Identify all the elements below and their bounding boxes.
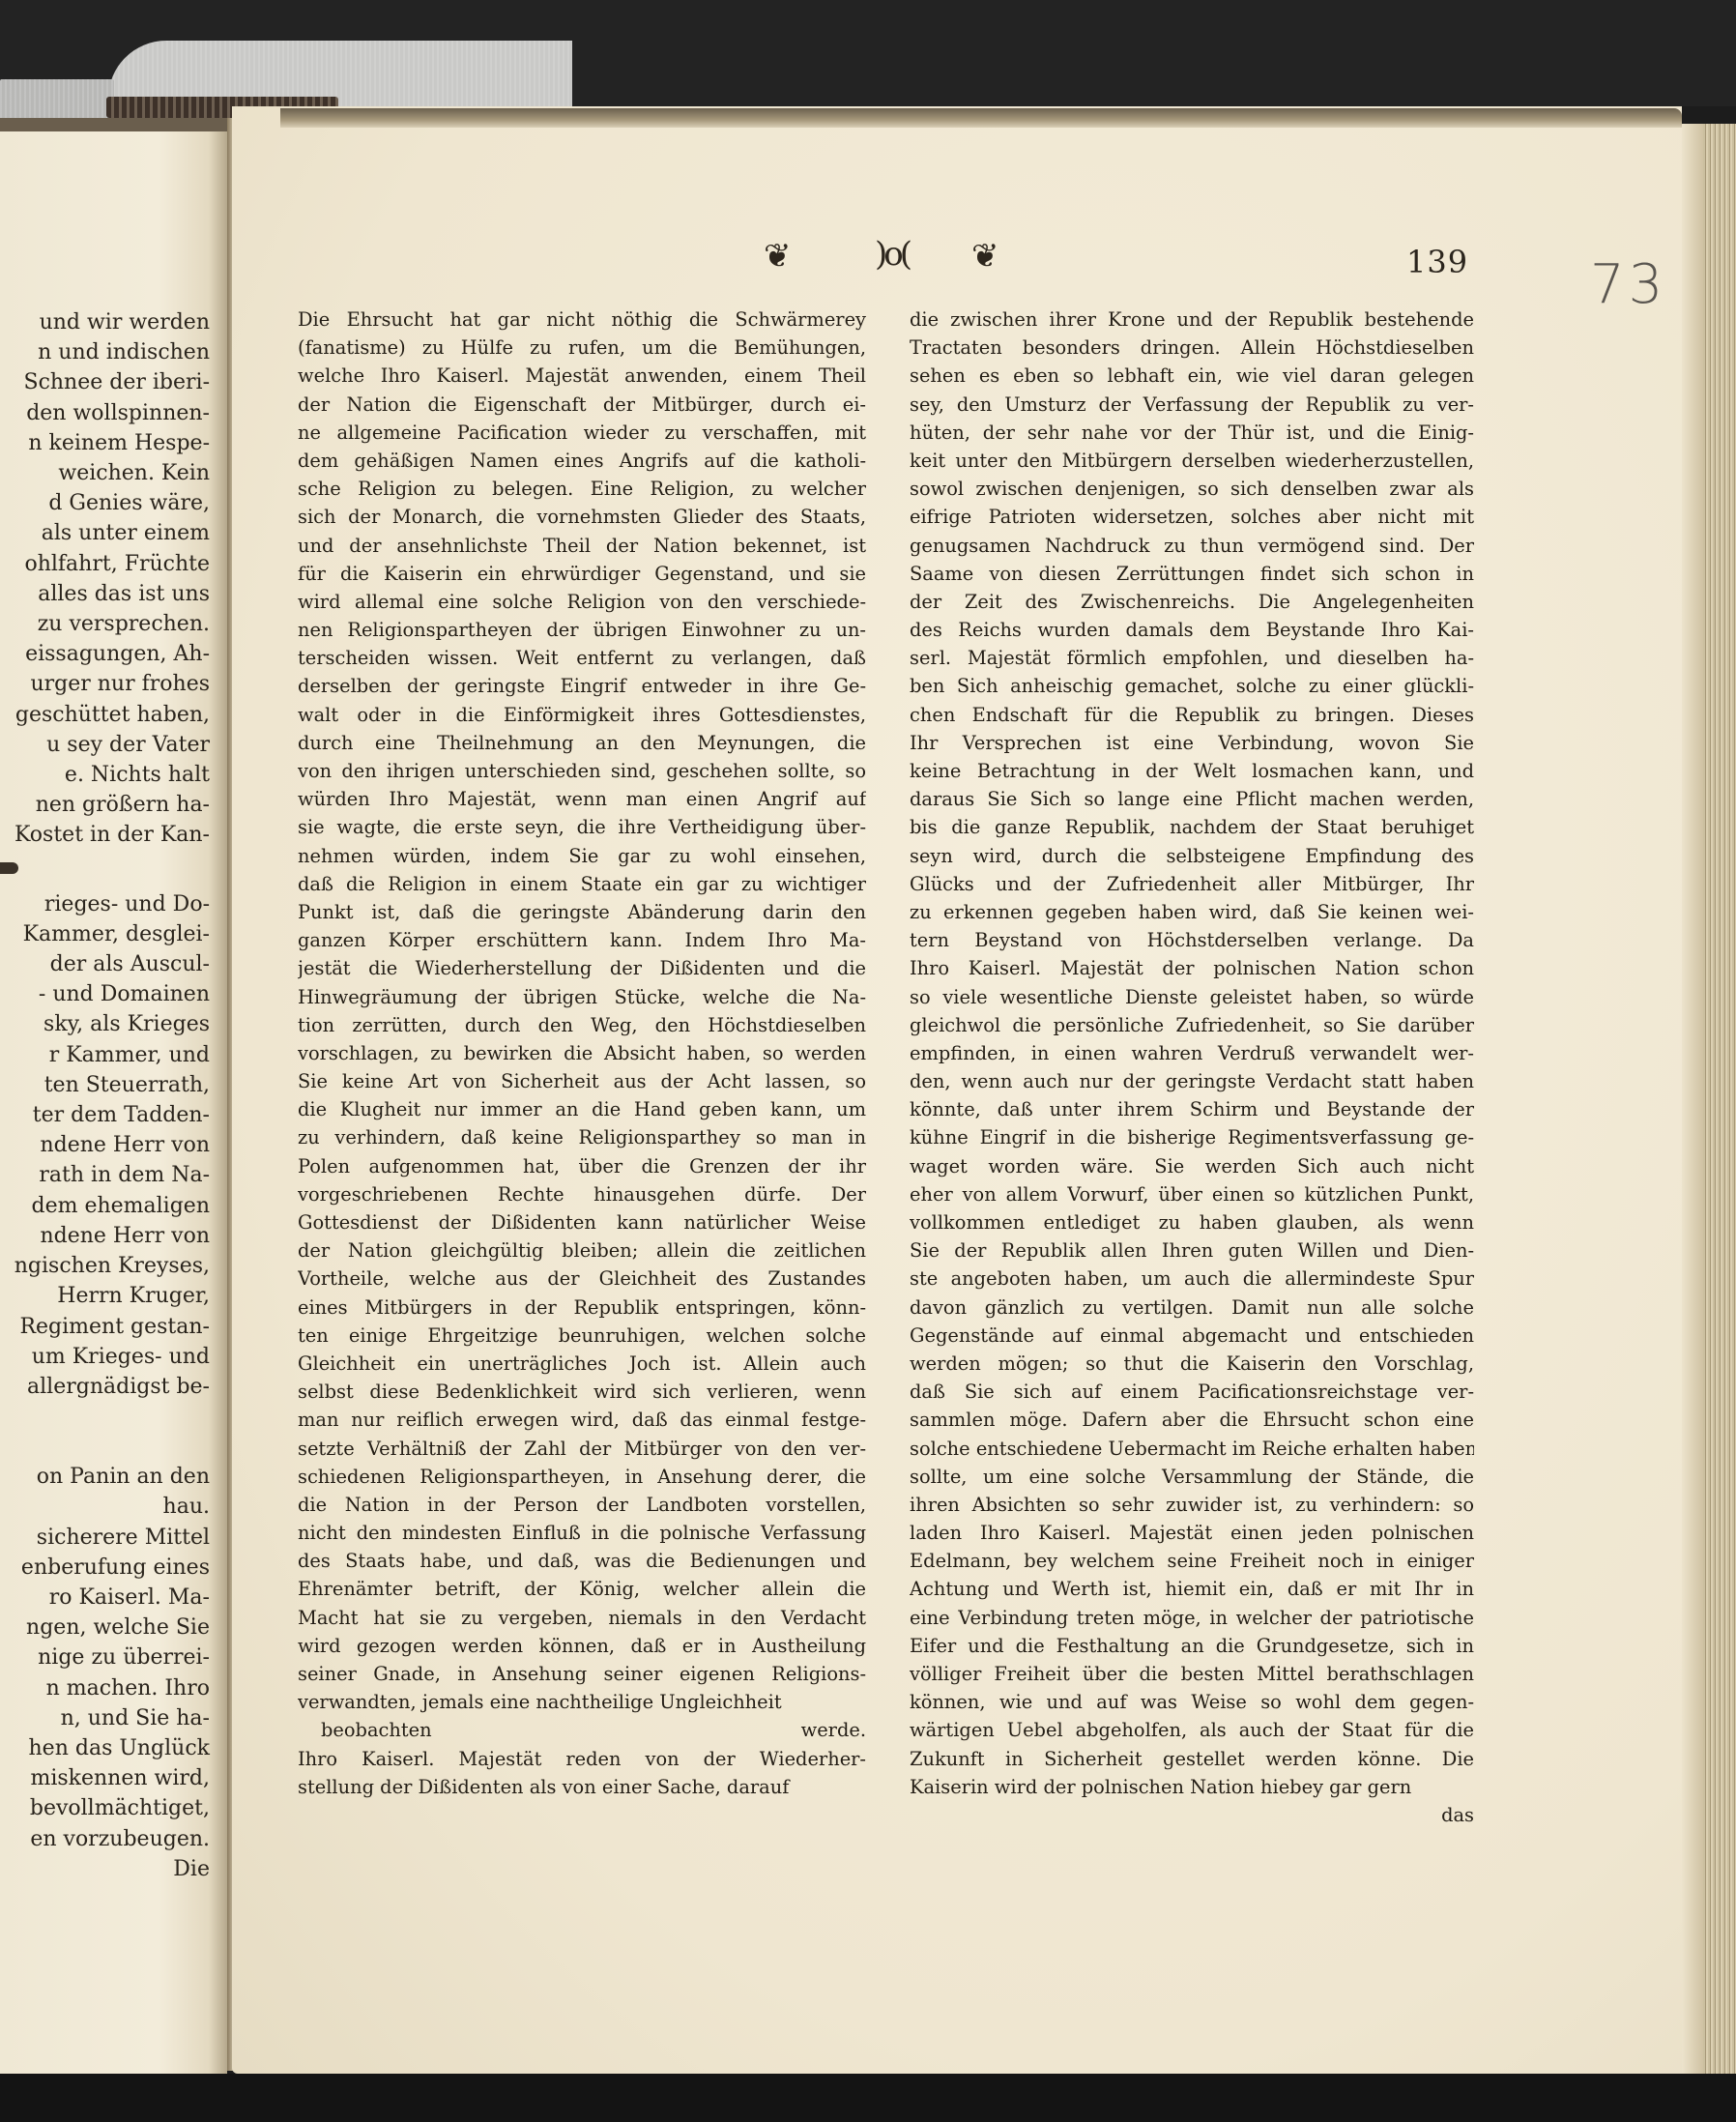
text-line: walt oder in die Einförmigkeit ihres Got… bbox=[298, 701, 866, 729]
previous-page-line: rieges- und Do- bbox=[0, 889, 210, 919]
text-line: des Reichs wurden damals dem Beystande I… bbox=[910, 616, 1474, 644]
previous-page-line: ngischen Kreyses, bbox=[0, 1251, 210, 1281]
previous-page-line: ndene Herr von bbox=[0, 1221, 210, 1251]
text-line: Ihr Versprechen ist eine Verbindung, wov… bbox=[910, 729, 1474, 757]
text-line: so viele wesentliche Dienste geleistet h… bbox=[910, 983, 1474, 1011]
left-text-column: Die Ehrsucht hat gar nicht nöthig die Sc… bbox=[298, 305, 866, 1801]
text-line: sey, den Umsturz der Verfassung der Repu… bbox=[910, 391, 1474, 419]
previous-page-catchword: Die bbox=[0, 1854, 210, 1884]
text-line: solche entschiedene Uebermacht im Reiche… bbox=[910, 1435, 1474, 1463]
previous-page-line: hau. bbox=[0, 1492, 210, 1522]
text-line: eines Mitbürgers in der Republik entspri… bbox=[298, 1294, 866, 1322]
text-line: die Nation in der Person der Landboten v… bbox=[298, 1491, 866, 1519]
previous-page-line: Herrn Kruger, bbox=[0, 1281, 210, 1311]
right-text-column: die zwischen ihrer Krone und der Republi… bbox=[910, 305, 1474, 1829]
previous-page-line: ndene Herr von bbox=[0, 1130, 210, 1160]
previous-page-line: der als Auscul- bbox=[0, 949, 210, 979]
text-line: ihren Absichten so sehr zuwider ist, zu … bbox=[910, 1491, 1474, 1519]
previous-page-line: eissagungen, Ah- bbox=[0, 639, 210, 669]
text-line: könnte, daß unter ihrem Schirm und Beyst… bbox=[910, 1095, 1474, 1123]
text-line: Ehrenämter betrift, der König, welcher a… bbox=[298, 1575, 866, 1603]
previous-page-line: rath in dem Na- bbox=[0, 1160, 210, 1190]
text-line: stellung der Dißidenten als von einer Sa… bbox=[298, 1773, 866, 1801]
text-line: Gegenstände auf einmal abgemacht und ent… bbox=[910, 1322, 1474, 1350]
text-line: dem gehäßigen Namen eines Angrifs auf di… bbox=[298, 447, 866, 475]
text-line: Saame von diesen Zerrüttungen findet sic… bbox=[910, 560, 1474, 588]
previous-page-line: ten Steuerrath, bbox=[0, 1070, 210, 1100]
page-fore-edge-shadow bbox=[1682, 124, 1705, 2077]
previous-page: und wir werdenn und indischenSchnee der … bbox=[0, 118, 227, 2084]
catchword: das bbox=[910, 1801, 1474, 1829]
text-line: nen Religionspartheyen der übrigen Einwo… bbox=[298, 616, 866, 644]
text-line: ste angeboten haben, um auch die allermi… bbox=[910, 1264, 1474, 1293]
previous-page-text: und wir werdenn und indischenSchnee der … bbox=[0, 307, 210, 1884]
previous-page-line: e. Nichts halt bbox=[0, 760, 210, 790]
text-line: tern Beystand von Höchstderselben verlan… bbox=[910, 926, 1474, 954]
text-line: laden Ihro Kaiserl. Majestät einen jeden… bbox=[910, 1519, 1474, 1547]
previous-page-line: ter dem Tadden- bbox=[0, 1100, 210, 1130]
text-line: vorschlagen, zu bewirken die Absicht hab… bbox=[298, 1039, 866, 1067]
text-line: vorgeschriebenen Rechte hinausgehen dürf… bbox=[298, 1180, 866, 1208]
text-line: (fanatisme) zu Hülfe zu rufen, um die Be… bbox=[298, 334, 866, 362]
text-line: Tractaten besonders dringen. Allein Höch… bbox=[910, 334, 1474, 362]
text-line: empfinden, in einen wahren Verdruß verwa… bbox=[910, 1039, 1474, 1067]
text-line: Sie der Republik allen Ihren guten Wille… bbox=[910, 1236, 1474, 1264]
text-line: sowol zwischen denjenigen, so sich dense… bbox=[910, 475, 1474, 503]
text-line: Macht hat sie zu vergeben, niemals in de… bbox=[298, 1604, 866, 1632]
text-line: daraus Sie Sich so lange eine Pflicht ma… bbox=[910, 785, 1474, 813]
previous-page-line: alles das ist uns bbox=[0, 579, 210, 609]
text-line: durch eine Theilnehmung an den Meynungen… bbox=[298, 729, 866, 757]
bracket-ornament-icon: )o( bbox=[875, 235, 909, 274]
text-line: ten einige Ehrgeitzige beunruhigen, welc… bbox=[298, 1322, 866, 1350]
text-line: ben Sich anheischig gemachet, solche zu … bbox=[910, 672, 1474, 700]
previous-page-line: - und Domainen bbox=[0, 979, 210, 1009]
text-line: derselben der geringste Eingrif entweder… bbox=[298, 672, 866, 700]
page-fore-edge bbox=[1703, 124, 1736, 2077]
text-line: der Nation die Eigenschaft der Mitbürger… bbox=[298, 391, 866, 419]
previous-page-line: nen größern ha- bbox=[0, 790, 210, 820]
previous-page-line: u sey der Vater bbox=[0, 730, 210, 760]
text-line: sammlen möge. Dafern aber die Ehrsucht s… bbox=[910, 1406, 1474, 1434]
previous-page-line: und wir werden bbox=[0, 307, 210, 337]
binding-tape-left bbox=[0, 79, 114, 120]
text-line: sie wagte, die erste seyn, die ihre Vert… bbox=[298, 813, 866, 841]
text-line: sehen es eben so lebhaft ein, wie viel d… bbox=[910, 362, 1474, 390]
text-line: Sie keine Art von Sicherheit aus der Ach… bbox=[298, 1067, 866, 1095]
previous-page-line: enberufung eines bbox=[0, 1553, 210, 1583]
text-line: Gottesdienst der Dißidenten kann natürli… bbox=[298, 1208, 866, 1236]
text-line: terscheiden wissen. Weit entfernt zu ver… bbox=[298, 644, 866, 672]
previous-page-line: Kostet in der Kan- bbox=[0, 820, 210, 850]
text-line: die Klugheit nur immer an die Hand geben… bbox=[298, 1095, 866, 1123]
decorative-rule-icon bbox=[0, 851, 210, 889]
previous-page-line: n machen. Ihro bbox=[0, 1673, 210, 1703]
text-line: zu erkennen gegeben haben wird, daß Sie … bbox=[910, 898, 1474, 926]
text-line: welche Ihro Kaiserl. Majestät anwenden, … bbox=[298, 362, 866, 390]
previous-page-line: zu versprechen. bbox=[0, 609, 210, 639]
text-line: eifrige Patrioten widersetzen, solches a… bbox=[910, 503, 1474, 531]
text-line: Hinwegräumung der übrigen Stücke, welche… bbox=[298, 983, 866, 1011]
text-line: setzte Verhältniß der Zahl der Mitbürger… bbox=[298, 1435, 866, 1463]
previous-page-line: nige zu überrei- bbox=[0, 1642, 210, 1672]
text-line: nicht den mindesten Einfluß in die polni… bbox=[298, 1519, 866, 1547]
text-line: der Nation gleichgültig bleiben; allein … bbox=[298, 1236, 866, 1264]
text-line: wird gezogen werden können, daß er in Au… bbox=[298, 1632, 866, 1660]
text-line: seyn wird, durch die selbsteigene Empfin… bbox=[910, 842, 1474, 870]
text-line: Die Ehrsucht hat gar nicht nöthig die Sc… bbox=[298, 305, 866, 334]
text-line: waget worden wäre. Sie werden Sich auch … bbox=[910, 1152, 1474, 1180]
dark-background-bottom bbox=[0, 2074, 1736, 2122]
previous-page-line: Regiment gestan- bbox=[0, 1312, 210, 1342]
text-line: sollte, um eine solche Versammlung der S… bbox=[910, 1463, 1474, 1491]
text-line: keine Betrachtung in der Welt losmachen … bbox=[910, 757, 1474, 785]
text-line: davon gänzlich zu vertilgen. Damit nun a… bbox=[910, 1294, 1474, 1322]
previous-page-line: allergnädigst be- bbox=[0, 1372, 210, 1402]
text-line: eine Verbindung treten möge, in welcher … bbox=[910, 1604, 1474, 1632]
page-number: 139 bbox=[1406, 244, 1468, 280]
text-line: sche Religion zu belegen. Eine Religion,… bbox=[298, 475, 866, 503]
text-line: Polen aufgenommen hat, über die Grenzen … bbox=[298, 1152, 866, 1180]
previous-page-line: ohlfahrt, Früchte bbox=[0, 549, 210, 579]
previous-page-line: n keinem Hespe- bbox=[0, 428, 210, 458]
previous-page-line: ngen, welche Sie bbox=[0, 1613, 210, 1642]
pencil-folio-number: 73 bbox=[1590, 253, 1666, 316]
text-line: Glücks und der Zufriedenheit aller Mitbü… bbox=[910, 870, 1474, 898]
text-line: und der ansehnlichste Theil der Nation b… bbox=[298, 532, 866, 560]
previous-page-line: hen das Unglück bbox=[0, 1733, 210, 1763]
text-line: gleichwol die persönliche Zufriedenheit,… bbox=[910, 1011, 1474, 1039]
text-line: Vortheile, welche aus der Gleichheit des… bbox=[298, 1264, 866, 1293]
text-line: können, wie und auf was Weise so wohl de… bbox=[910, 1688, 1474, 1716]
text-line: beobachten werde. bbox=[298, 1716, 866, 1744]
text-line: seiner Gnade, in Ansehung seiner eigenen… bbox=[298, 1660, 866, 1688]
text-line: bis die ganze Republik, nachdem der Staa… bbox=[910, 813, 1474, 841]
text-line: Edelmann, bey welchem seine Freiheit noc… bbox=[910, 1547, 1474, 1575]
text-line: ganzen Körper erschüttern kann. Indem Ih… bbox=[298, 926, 866, 954]
text-line: eher von allem Vorwurf, über einen so kü… bbox=[910, 1180, 1474, 1208]
text-line: nehmen würden, indem Sie gar zu wohl ein… bbox=[298, 842, 866, 870]
page-top-edge bbox=[280, 108, 1682, 128]
page-header-ornaments: ❦ )o( ❦ bbox=[754, 237, 1295, 285]
previous-page-line: n und indischen bbox=[0, 337, 210, 367]
previous-page-line: d Genies wäre, bbox=[0, 488, 210, 518]
text-line: ne allgemeine Pacification wieder zu ver… bbox=[298, 419, 866, 447]
text-line: verwandten, jemals eine nachtheilige Ung… bbox=[298, 1688, 866, 1716]
text-line: den, wenn auch nur der geringste Verdach… bbox=[910, 1067, 1474, 1095]
previous-page-line: Schnee der iberi- bbox=[0, 367, 210, 397]
text-line: von den ihrigen unterschieden sind, gesc… bbox=[298, 757, 866, 785]
shell-ornament-icon: ❦ bbox=[764, 237, 792, 276]
text-line: der Zeit des Zwischenreichs. Die Angeleg… bbox=[910, 588, 1474, 616]
text-line: werden mögen; so thut die Kaiserin den V… bbox=[910, 1350, 1474, 1378]
previous-page-line: bevollmächtiget, bbox=[0, 1793, 210, 1823]
text-line: Ihro Kaiserl. Majestät der polnischen Na… bbox=[910, 954, 1474, 982]
text-line: vollkommen entlediget zu haben glauben, … bbox=[910, 1208, 1474, 1236]
previous-page-line: den wollspinnen- bbox=[0, 398, 210, 428]
text-line: man nur reiflich erwegen wird, daß das e… bbox=[298, 1406, 866, 1434]
text-line: Zukunft in Sicherheit gestellet werden k… bbox=[910, 1745, 1474, 1773]
text-line: keit unter den Mitbürgern derselben wied… bbox=[910, 447, 1474, 475]
previous-page-line: r Kammer, und bbox=[0, 1040, 210, 1070]
previous-page-line: ro Kaiserl. Ma- bbox=[0, 1583, 210, 1613]
text-line: Achtung und Werth ist, hiemit ein, daß e… bbox=[910, 1575, 1474, 1603]
text-line: daß die Religion in einem Staate ein gar… bbox=[298, 870, 866, 898]
shell-ornament-icon: ❦ bbox=[971, 237, 999, 276]
text-line: würden Ihro Majestät, wenn man einen Ang… bbox=[298, 785, 866, 813]
text-line: wird allemal eine solche Religion von de… bbox=[298, 588, 866, 616]
previous-page-line: Kammer, desglei- bbox=[0, 919, 210, 949]
previous-page-line: on Panin an den bbox=[0, 1462, 210, 1492]
previous-page-line: miskennen wird, bbox=[0, 1763, 210, 1793]
previous-page-line: sicherere Mittel bbox=[0, 1523, 210, 1553]
previous-page-line: dem ehemaligen bbox=[0, 1191, 210, 1221]
previous-page-line: en vorzubeugen. bbox=[0, 1824, 210, 1854]
text-line: hüten, der sehr nahe vor der Thür ist, u… bbox=[910, 419, 1474, 447]
text-line: für die Kaiserin ein ehrwürdiger Gegenst… bbox=[298, 560, 866, 588]
previous-page-line: als unter einem bbox=[0, 518, 210, 548]
text-line: zu verhindern, daß keine Religionsparthe… bbox=[298, 1123, 866, 1151]
previous-page-line: sky, als Krieges bbox=[0, 1009, 210, 1039]
text-line: Punkt ist, daß die geringste Abänderung … bbox=[298, 898, 866, 926]
previous-page-line: n, und Sie ha- bbox=[0, 1703, 210, 1733]
text-line: chen Endschaft für die Republik zu bring… bbox=[910, 701, 1474, 729]
text-line: sich der Monarch, die vornehmsten Gliede… bbox=[298, 503, 866, 531]
text-line: serl. Majestät förmlich empfohlen, und d… bbox=[910, 644, 1474, 672]
text-line: genugsamen Nachdruck zu thun vermögend s… bbox=[910, 532, 1474, 560]
previous-page-line: um Krieges- und bbox=[0, 1342, 210, 1372]
text-line: Gleichheit ein unerträgliches Joch ist. … bbox=[298, 1350, 866, 1378]
previous-page-line: weichen. Kein bbox=[0, 458, 210, 488]
text-line: Ihro Kaiserl. Majestät reden von der Wie… bbox=[298, 1745, 866, 1773]
section-gap bbox=[0, 1402, 210, 1462]
text-line: Eifer und die Festhaltung an die Grundge… bbox=[910, 1632, 1474, 1660]
text-line: kühne Eingrif in die bisherige Regiments… bbox=[910, 1123, 1474, 1151]
text-line: die zwischen ihrer Krone und der Republi… bbox=[910, 305, 1474, 334]
text-line: wärtigen Uebel abgeholfen, als auch der … bbox=[910, 1716, 1474, 1744]
text-line: des Staats habe, und daß, was die Bedien… bbox=[298, 1547, 866, 1575]
text-line: jestät die Wiederherstellung der Dißiden… bbox=[298, 954, 866, 982]
text-line: daß Sie sich auf einem Pacificationsreic… bbox=[910, 1378, 1474, 1406]
text-line: völliger Freiheit über die besten Mittel… bbox=[910, 1660, 1474, 1688]
text-line: selbst diese Bedenklichkeit wird sich ve… bbox=[298, 1378, 866, 1406]
text-line: schiedenen Religionspartheyen, in Ansehu… bbox=[298, 1463, 866, 1491]
previous-page-line: urger nur frohes bbox=[0, 669, 210, 699]
previous-page-line: geschüttet haben, bbox=[0, 700, 210, 730]
text-line: tion zerrütten, durch den Weg, den Höchs… bbox=[298, 1011, 866, 1039]
text-line: Kaiserin wird der polnischen Nation hieb… bbox=[910, 1773, 1474, 1801]
